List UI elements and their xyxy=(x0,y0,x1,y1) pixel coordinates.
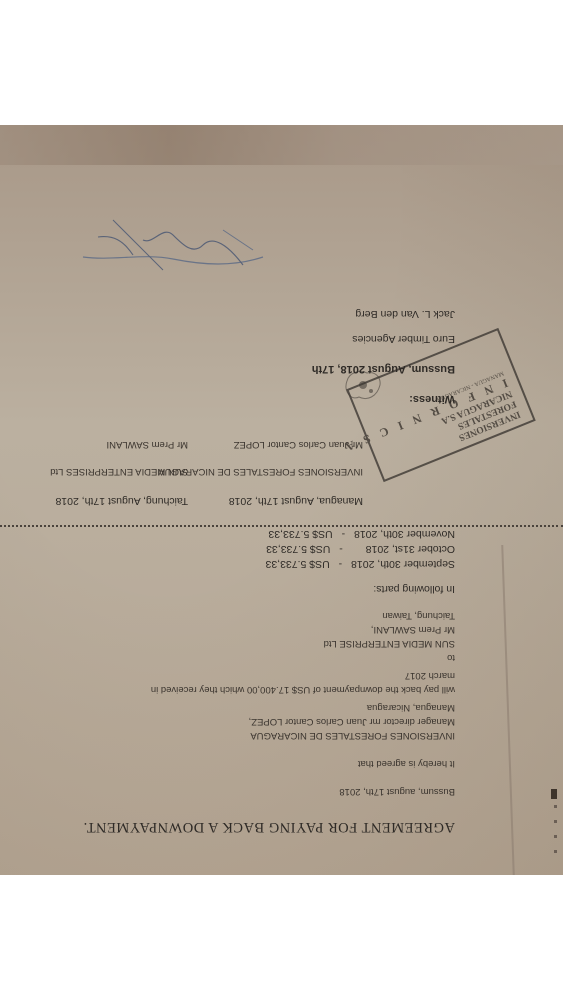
witness-company: Euro Timber Agencies xyxy=(352,333,455,345)
witness-person: Jack L. Van den Berg xyxy=(355,308,455,320)
payment-row: October 31st, 2018 - US$ 5.733,33 xyxy=(266,543,455,555)
witness-place-date: Bussum, August 2018, 17th xyxy=(312,363,455,375)
intro-text: It hereby is agreed that xyxy=(358,758,455,769)
party2-representative: Mr Prem SAWLANI, xyxy=(371,624,455,635)
party1-name: INVERSIONES FORESTALES DE NICARAGUA xyxy=(250,730,455,741)
party1-representative: Manager director mr Juan Carlos Cantor L… xyxy=(249,716,455,727)
payment-date: October 31st, 2018 xyxy=(366,543,455,555)
dotted-separator xyxy=(0,525,563,527)
place-date: Bussum, august 17th, 2018 xyxy=(339,786,455,797)
signer-right-person: Mr Prem SAWLANI xyxy=(107,439,188,450)
signer-left-place-date: Managua, August 17th, 2018 xyxy=(229,495,363,507)
clause-line-2: march 2017 xyxy=(405,670,455,681)
payment-row: September 30th, 2018 - US$ 5.733,33 xyxy=(266,558,455,570)
signer-left-company: INVERSIONES FORESTALES DE NICARAGUA xyxy=(158,466,363,477)
signer-right-place-date: Taichung, August 17th, 2018 xyxy=(55,495,188,507)
signer-right-company: SUN MEDIA ENTERPRISES Ltd xyxy=(50,466,188,477)
document-photo: AGREEMENT FOR PAYING BACK A DOWNPAYMENT.… xyxy=(0,125,563,875)
to-text: to xyxy=(447,652,455,663)
party2-city: Taichung, Taiwan xyxy=(382,610,455,621)
clause-line-1: will pay back the downpayment of US$ 17.… xyxy=(151,684,455,695)
party2-name: SUN MEDIA ENTERPRISE Ltd xyxy=(324,638,455,649)
page-edge-marks xyxy=(551,745,559,865)
signature-scribble xyxy=(73,205,273,275)
document-title: AGREEMENT FOR PAYING BACK A DOWNPAYMENT. xyxy=(83,818,455,835)
payment-amount: US$ 5.733,33 xyxy=(268,528,332,540)
party1-city: Managua, Nicaragua xyxy=(367,702,455,713)
payment-amount: US$ 5.733,33 xyxy=(266,558,330,570)
payment-date: September 30th, 2018 xyxy=(351,558,455,570)
payment-row: November 30th, 2018 - US$ 5.733,33 xyxy=(268,528,455,540)
witness-label: Witness: xyxy=(409,393,455,405)
payment-amount: US$ 5.733,33 xyxy=(266,543,330,555)
parts-label: In following parts: xyxy=(373,583,455,595)
payment-date: November 30th, 2018 xyxy=(354,528,455,540)
